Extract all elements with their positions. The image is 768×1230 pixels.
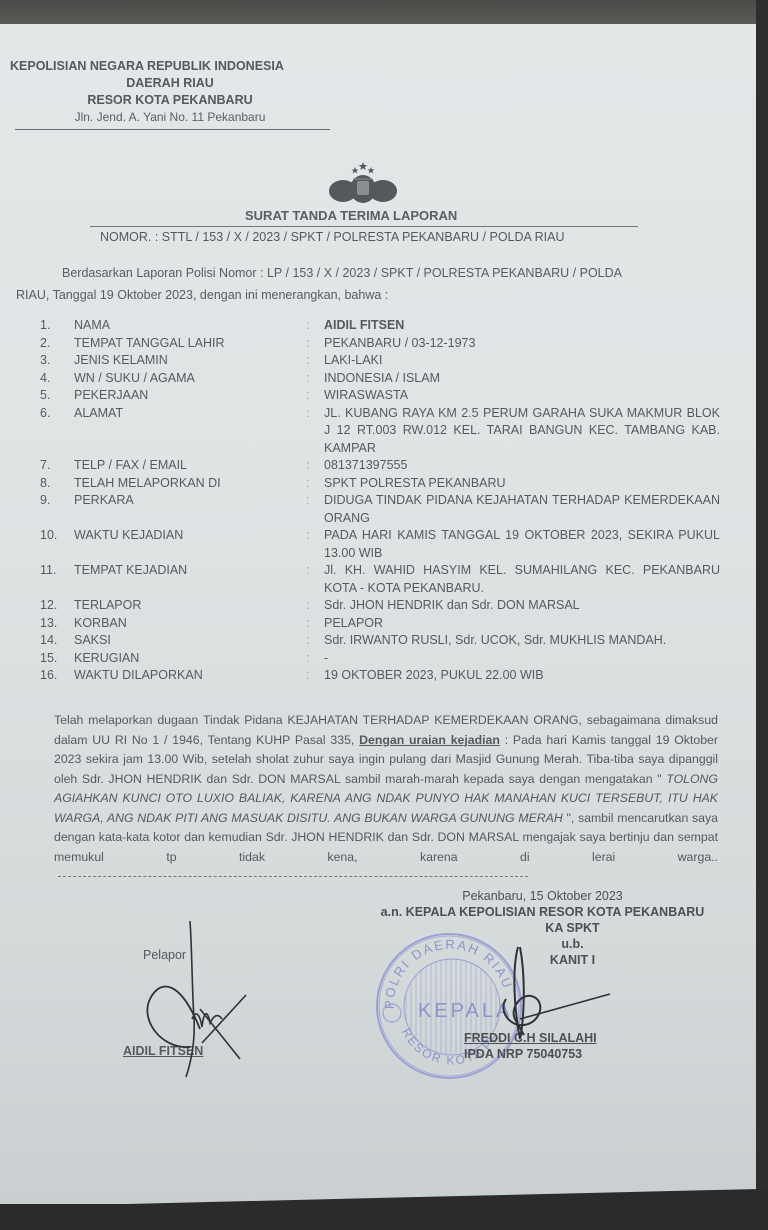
report-fields: 1.NAMA:AIDIL FITSEN2.TEMPAT TANGGAL LAHI… bbox=[40, 317, 720, 685]
field-colon: : bbox=[306, 632, 324, 650]
field-colon: : bbox=[306, 457, 324, 475]
field-value: Sdr. JHON HENDRIK dan Sdr. DON MARSAL bbox=[324, 597, 720, 615]
field-row: 3.JENIS KELAMIN:LAKI-LAKI bbox=[40, 352, 720, 370]
field-colon: : bbox=[306, 667, 324, 685]
field-label: WN / SUKU / AGAMA bbox=[74, 370, 306, 388]
field-label: TEMPAT TANGGAL LAHIR bbox=[74, 335, 306, 353]
field-value: SPKT POLRESTA PEKANBARU bbox=[324, 475, 720, 493]
field-label: SAKSI bbox=[74, 632, 306, 650]
field-colon: : bbox=[306, 492, 324, 527]
intro-paragraph: Berdasarkan Laporan Polisi Nomor : LP / … bbox=[16, 262, 716, 306]
field-number: 13. bbox=[40, 615, 74, 633]
field-value: DIDUGA TINDAK PIDANA KEJAHATAN TERHADAP … bbox=[324, 492, 720, 527]
field-label: TERLAPOR bbox=[74, 597, 306, 615]
field-number: 11. bbox=[40, 562, 74, 597]
field-label: KORBAN bbox=[74, 615, 306, 633]
reporter-signature bbox=[140, 919, 260, 1079]
field-label: PERKARA bbox=[74, 492, 306, 527]
field-number: 6. bbox=[40, 405, 74, 458]
field-value: 19 OKTOBER 2023, PUKUL 22.00 WIB bbox=[324, 667, 720, 685]
field-value: Jl. KH. WAHID HASYIM KEL. SUMAHILANG KEC… bbox=[324, 562, 720, 597]
field-row: 12.TERLAPOR:Sdr. JHON HENDRIK dan Sdr. D… bbox=[40, 597, 720, 615]
field-value: Sdr. IRWANTO RUSLI, Sdr. UCOK, Sdr. MUKH… bbox=[324, 632, 720, 650]
field-value: INDONESIA / ISLAM bbox=[324, 370, 720, 388]
document-number: NOMOR. : STTL / 153 / X / 2023 / SPKT / … bbox=[100, 230, 565, 244]
field-colon: : bbox=[306, 317, 324, 335]
field-value: JL. KUBANG RAYA KM 2.5 PERUM GARAHA SUKA… bbox=[324, 405, 720, 458]
field-colon: : bbox=[306, 405, 324, 458]
intro-line1: Berdasarkan Laporan Polisi Nomor : LP / … bbox=[16, 262, 716, 284]
narrative-heading: Dengan uraian kejadian bbox=[359, 733, 500, 747]
field-value: PELAPOR bbox=[324, 615, 720, 633]
field-label: WAKTU KEJADIAN bbox=[74, 527, 306, 562]
field-number: 3. bbox=[40, 352, 74, 370]
field-number: 16. bbox=[40, 667, 74, 685]
field-colon: : bbox=[306, 370, 324, 388]
position-title: KA SPKT bbox=[345, 920, 740, 936]
document-page: KEPOLISIAN NEGARA REPUBLIK INDONESIA DAE… bbox=[0, 24, 756, 1204]
field-row: 14.SAKSI:Sdr. IRWANTO RUSLI, Sdr. UCOK, … bbox=[40, 632, 720, 650]
field-number: 1. bbox=[40, 317, 74, 335]
field-colon: : bbox=[306, 475, 324, 493]
field-colon: : bbox=[306, 615, 324, 633]
field-row: 10.WAKTU KEJADIAN:PADA HARI KAMIS TANGGA… bbox=[40, 527, 720, 562]
field-number: 10. bbox=[40, 527, 74, 562]
field-row: 5.PEKERJAAN:WIRASWASTA bbox=[40, 387, 720, 405]
field-value: PEKANBARU / 03-12-1973 bbox=[324, 335, 720, 353]
field-row: 15.KERUGIAN:- bbox=[40, 650, 720, 668]
field-row: 8.TELAH MELAPORKAN DI:SPKT POLRESTA PEKA… bbox=[40, 475, 720, 493]
field-number: 9. bbox=[40, 492, 74, 527]
field-value: PADA HARI KAMIS TANGGAL 19 OKTOBER 2023,… bbox=[324, 527, 720, 562]
letterhead-rule bbox=[15, 129, 330, 130]
polri-emblem-icon bbox=[325, 161, 401, 205]
field-number: 12. bbox=[40, 597, 74, 615]
field-label: TELP / FAX / EMAIL bbox=[74, 457, 306, 475]
letterhead-address: Jln. Jend. A. Yani No. 11 Pekanbaru bbox=[10, 109, 330, 126]
field-colon: : bbox=[306, 387, 324, 405]
field-value: - bbox=[324, 650, 720, 668]
field-number: 7. bbox=[40, 457, 74, 475]
field-colon: : bbox=[306, 562, 324, 597]
dashed-fill-line bbox=[58, 876, 528, 877]
field-row: 2.TEMPAT TANGGAL LAHIR:PEKANBARU / 03-12… bbox=[40, 335, 720, 353]
field-row: 6.ALAMAT:JL. KUBANG RAYA KM 2.5 PERUM GA… bbox=[40, 405, 720, 458]
field-number: 4. bbox=[40, 370, 74, 388]
field-value: LAKI-LAKI bbox=[324, 352, 720, 370]
field-row: 16.WAKTU DILAPORKAN:19 OKTOBER 2023, PUK… bbox=[40, 667, 720, 685]
background-right bbox=[756, 0, 768, 1230]
field-value: WIRASWASTA bbox=[324, 387, 720, 405]
field-label: TELAH MELAPORKAN DI bbox=[74, 475, 306, 493]
field-number: 15. bbox=[40, 650, 74, 668]
field-value: 081371397555 bbox=[324, 457, 720, 475]
letterhead-line1: KEPOLISIAN NEGARA REPUBLIK INDONESIA bbox=[10, 58, 330, 75]
field-label: PEKERJAAN bbox=[74, 387, 306, 405]
field-colon: : bbox=[306, 650, 324, 668]
on-behalf-of: a.n. KEPALA KEPOLISIAN RESOR KOTA PEKANB… bbox=[345, 904, 740, 920]
field-row: 1.NAMA:AIDIL FITSEN bbox=[40, 317, 720, 335]
officer-signature bbox=[490, 939, 620, 1059]
field-row: 7.TELP / FAX / EMAIL:081371397555 bbox=[40, 457, 720, 475]
field-label: TEMPAT KEJADIAN bbox=[74, 562, 306, 597]
field-label: WAKTU DILAPORKAN bbox=[74, 667, 306, 685]
field-label: JENIS KELAMIN bbox=[74, 352, 306, 370]
field-colon: : bbox=[306, 597, 324, 615]
letterhead-line2: DAERAH RIAU bbox=[10, 75, 330, 92]
field-colon: : bbox=[306, 527, 324, 562]
field-label: KERUGIAN bbox=[74, 650, 306, 668]
field-label: NAMA bbox=[74, 317, 306, 335]
document-title: SURAT TANDA TERIMA LAPORAN bbox=[245, 208, 457, 223]
field-number: 8. bbox=[40, 475, 74, 493]
field-row: 4.WN / SUKU / AGAMA:INDONESIA / ISLAM bbox=[40, 370, 720, 388]
field-colon: : bbox=[306, 335, 324, 353]
field-label: ALAMAT bbox=[74, 405, 306, 458]
field-colon: : bbox=[306, 352, 324, 370]
field-number: 2. bbox=[40, 335, 74, 353]
intro-line2: RIAU, Tanggal 19 Oktober 2023, dengan in… bbox=[16, 284, 716, 306]
field-number: 5. bbox=[40, 387, 74, 405]
field-row: 13.KORBAN:PELAPOR bbox=[40, 615, 720, 633]
title-rule bbox=[90, 226, 638, 227]
field-value: AIDIL FITSEN bbox=[324, 317, 720, 335]
field-number: 14. bbox=[40, 632, 74, 650]
field-row: 11.TEMPAT KEJADIAN:Jl. KH. WAHID HASYIM … bbox=[40, 562, 720, 597]
letterhead: KEPOLISIAN NEGARA REPUBLIK INDONESIA DAE… bbox=[10, 58, 330, 126]
field-row: 9.PERKARA:DIDUGA TINDAK PIDANA KEJAHATAN… bbox=[40, 492, 720, 527]
place-date: Pekanbaru, 15 Oktober 2023 bbox=[345, 888, 740, 904]
letterhead-line3: RESOR KOTA PEKANBARU bbox=[10, 92, 330, 109]
narrative-paragraph: Telah melaporkan dugaan Tindak Pidana KE… bbox=[26, 711, 718, 887]
